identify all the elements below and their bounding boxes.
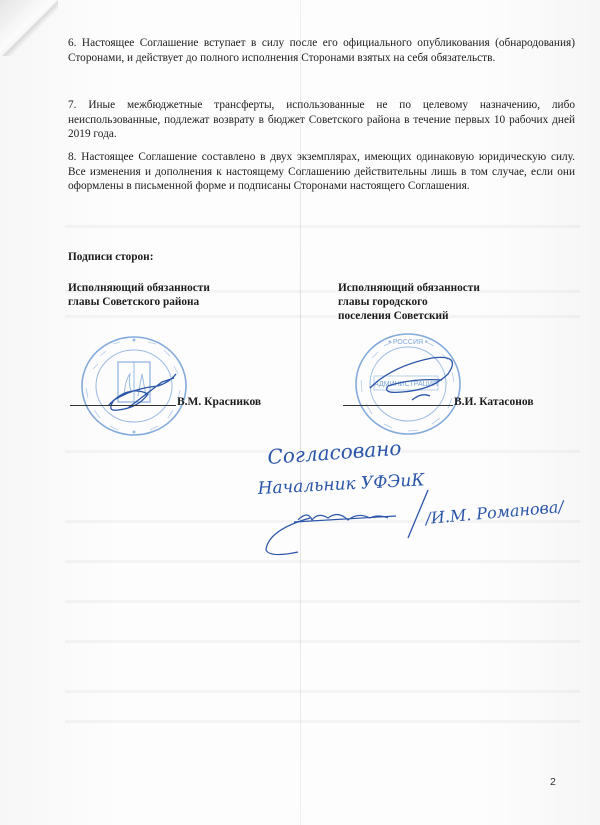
show-through-line	[65, 560, 580, 563]
show-through-line	[65, 600, 580, 603]
party2-title: Исполняющий обязанности главы городского…	[338, 281, 480, 323]
paragraph-8: 8. Настоящее Соглашение составлено в дву…	[68, 150, 575, 194]
official-stamp-icon: АДМИНИСТРАЦИЯ • РОССИЯ •	[352, 330, 464, 438]
page-number: 2	[550, 776, 556, 788]
paragraph-7: 7. Иные межбюджетные трансферты, использ…	[68, 98, 575, 142]
handwritten-approval-note: Согласовано Начальник УФЭиК /И.М. Романо…	[258, 440, 578, 560]
paragraph-6: 6. Настоящее Соглашение вступает в силу …	[68, 36, 575, 65]
party2-name: В.И. Катасонов	[454, 396, 534, 408]
show-through-line	[65, 690, 580, 693]
party1-signature-line	[70, 405, 176, 406]
party2-title-line3: поселения Советский	[338, 309, 480, 323]
show-through-line	[65, 640, 580, 643]
party1-name: В.М. Красников	[177, 396, 261, 408]
approval-line2: Начальник УФЭиК	[258, 470, 426, 499]
party2-title-line2: главы городского	[338, 295, 480, 309]
official-stamp-icon	[78, 334, 190, 438]
approval-line1: Согласовано	[267, 440, 402, 469]
show-through-line	[65, 315, 580, 318]
party1-title: Исполняющий обязанности главы Советского…	[68, 281, 210, 309]
party2-title-line1: Исполняющий обязанности	[338, 281, 480, 295]
show-through-line	[65, 720, 580, 723]
party2-signature-line	[343, 405, 453, 406]
approval-line3: /И.М. Романова/	[423, 497, 566, 528]
svg-text:• РОССИЯ •: • РОССИЯ •	[389, 339, 428, 346]
party1-title-line1: Исполняющий обязанности	[68, 281, 210, 295]
signatures-heading: Подписи сторон:	[68, 250, 153, 264]
party1-title-line2: главы Советского района	[68, 295, 210, 309]
document-page: 6. Настоящее Соглашение вступает в силу …	[0, 0, 600, 825]
show-through-line	[65, 225, 580, 228]
